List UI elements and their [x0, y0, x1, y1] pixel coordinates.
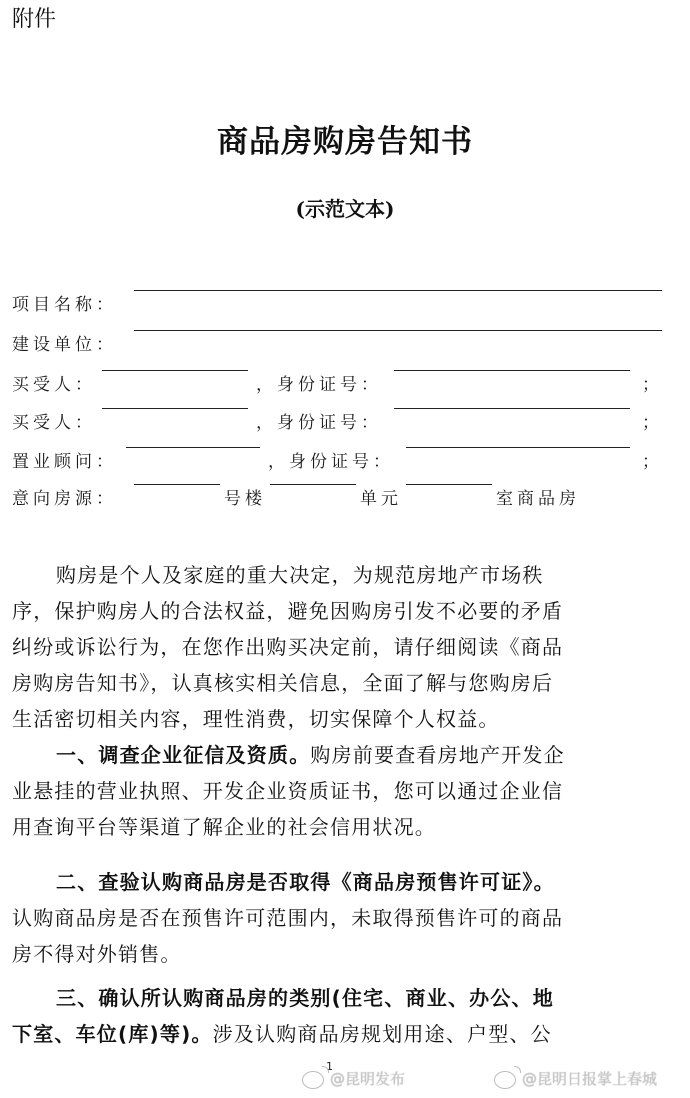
developer-field[interactable] — [134, 330, 662, 331]
buyer2-name-field[interactable] — [102, 408, 248, 409]
building-suffix: 号楼 — [224, 484, 266, 514]
buyer1-id-label: ，身份证号： — [256, 370, 382, 400]
section-2-line: 认购商品房是否在预售许可范围内，未取得预售许可的商品 — [12, 900, 652, 936]
page-subtitle: (示范文本) — [0, 194, 690, 224]
watermark-right: @昆明日报掌上春城 — [494, 1068, 657, 1089]
consultant-id-field[interactable] — [406, 447, 630, 448]
watermark-right-text: @昆明日报掌上春城 — [522, 1070, 657, 1088]
buyer2-id-field[interactable] — [394, 408, 630, 409]
section-1-line: 业悬挂的营业执照、开发企业资质证书，您可以通过企业信 — [12, 773, 652, 809]
intro-line: 生活密切相关内容，理性消费，切实保障个人权益。 — [12, 701, 652, 737]
section-3-text: 涉及认购商品房规划用途、户型、公 — [213, 1022, 552, 1046]
section-1-line: 用查询平台等渠道了解企业的社会信用状况。 — [12, 809, 652, 845]
room-field[interactable] — [406, 484, 492, 485]
weibo-icon — [494, 1071, 516, 1089]
buyer1-name-field[interactable] — [102, 370, 248, 371]
intro-line: 房购房告知书》，认真核实相关信息，全面了解与您购房后 — [12, 665, 652, 701]
weibo-icon — [302, 1071, 324, 1089]
section-1-text: 购房前要查看房地产开发企 — [310, 743, 564, 767]
buyer1-id-field[interactable] — [394, 370, 630, 371]
intro-line: 序，保护购房人的合法权益，避免因购房引发不必要的矛盾 — [12, 593, 652, 629]
buyer1-label: 买受人： — [12, 370, 96, 400]
developer-label: 建设单位： — [12, 330, 117, 360]
project-name-field[interactable] — [134, 290, 662, 291]
consultant-name-field[interactable] — [126, 447, 260, 448]
attachment-label: 附件 — [12, 6, 56, 34]
section-2-heading: 二、查验认购商品房是否取得《商品房预售许可证》。 — [56, 870, 555, 894]
buyer2-label: 买受人： — [12, 408, 96, 438]
unit-field[interactable] — [270, 484, 356, 485]
property-label: 意向房源： — [12, 484, 117, 514]
buyer1-end: ； — [642, 370, 663, 400]
section-2-line: 房不得对外销售。 — [12, 936, 652, 972]
section-3: 三、确认所认购商品房的类别(住宅、商业、办公、地 下室、车位(库)等)。涉及认购… — [12, 980, 652, 1052]
intro-line: 购房是个人及家庭的重大决定，为规范房地产市场秩 — [56, 563, 544, 587]
consultant-label: 置业顾问： — [12, 447, 117, 477]
intro-paragraph: 购房是个人及家庭的重大决定，为规范房地产市场秩 序，保护购房人的合法权益，避免因… — [12, 557, 652, 737]
buyer2-end: ； — [642, 408, 663, 438]
section-1: 一、调查企业征信及资质。购房前要查看房地产开发企 业悬挂的营业执照、开发企业资质… — [12, 737, 652, 845]
consultant-end: ； — [642, 447, 663, 477]
project-name-label: 项目名称： — [12, 290, 117, 320]
room-suffix: 室商品房 — [496, 484, 580, 514]
section-2: 二、查验认购商品房是否取得《商品房预售许可证》。 认购商品房是否在预售许可范围内… — [12, 864, 652, 972]
section-3-heading: 三、确认所认购商品房的类别(住宅、商业、办公、地 — [56, 986, 554, 1010]
page-title: 商品房购房告知书 — [0, 122, 690, 162]
consultant-id-label: ，身份证号： — [268, 447, 394, 477]
intro-line: 纠纷或诉讼行为，在您作出购买决定前，请仔细阅读《商品 — [12, 629, 652, 665]
section-3-heading-cont: 下室、车位(库)等)。 — [12, 1022, 213, 1046]
building-field[interactable] — [134, 484, 220, 485]
buyer2-id-label: ，身份证号： — [256, 408, 382, 438]
watermark-left: @昆明发布 — [302, 1068, 405, 1089]
section-1-heading: 一、调查企业征信及资质。 — [56, 743, 310, 767]
watermark-left-text: @昆明发布 — [330, 1070, 405, 1088]
unit-suffix: 单元 — [360, 484, 402, 514]
